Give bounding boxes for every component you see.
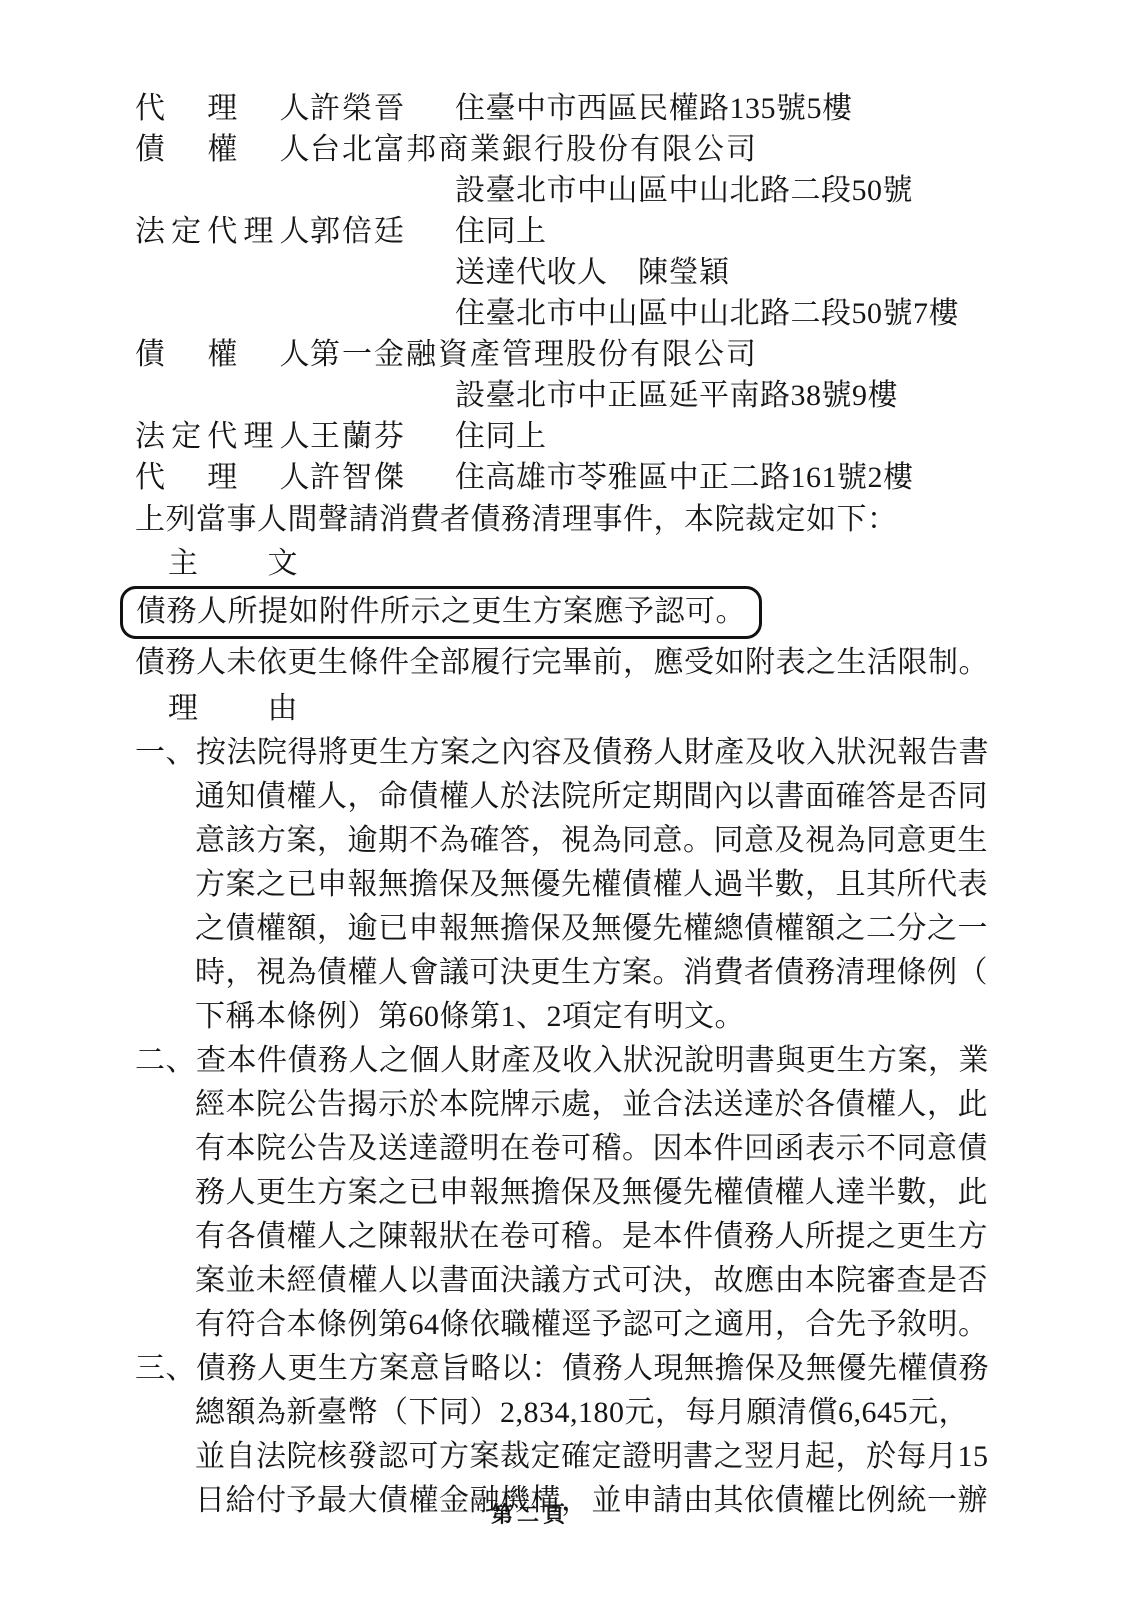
reason-line: 總額為新臺幣（下同）2,834,180元，每月願清償6,645元， [135, 1391, 999, 1435]
party-role-label: 代理人 [135, 457, 310, 498]
party-role-label: 代理人 [135, 88, 310, 129]
reason-line: 意該方案，逾期不為確答，視為同意。同意及視為同意更生 [135, 819, 999, 863]
party-address: 設臺北市中正區延平南路38號9樓 [455, 375, 898, 416]
reason-line: 方案之已申報無擔保及無優先權債權人過半數，且其所代表 [135, 863, 999, 907]
party-name: 王蘭芬 [310, 416, 455, 457]
ruling-highlight-box: 債務人所提如附件所示之更生方案應予認可。 [120, 586, 762, 639]
party-address: 住同上 [455, 416, 547, 457]
party-name: 許智傑 [310, 457, 455, 498]
party-name: 郭倍廷 [310, 211, 455, 252]
ruling-boxed-line: 債務人所提如附件所示之更生方案應予認可。 [136, 595, 746, 628]
reason-line: 通知債權人，命債權人於法院所定期間內以書面確答是否同 [135, 775, 999, 819]
reason-paragraph-1: 一、按法院得將更生方案之內容及債務人財產及收入狀況報告書 通知債權人，命債權人於… [135, 731, 999, 1039]
reason-paragraph-2: 二、查本件債務人之個人財產及收入狀況說明書與更生方案，業 經本院公告揭示於本院牌… [135, 1039, 999, 1347]
reason-line: 下稱本條例）第60條第1、2項定有明文。 [135, 995, 999, 1039]
party-role-label: 法定代理人 [135, 211, 310, 252]
main-text-heading-label: 主文 [168, 542, 298, 586]
reason-line: 有本院公告及送達證明在卷可稽。因本件回函表示不同意債 [135, 1127, 999, 1171]
reason-line: 案並未經債權人以書面決議方式可決，故應由本院審查是否 [135, 1259, 999, 1303]
party-address: 住臺北市中山區中山北路二段50號7樓 [455, 293, 959, 334]
reason-line: 之債權額，逾已申報無擔保及無優先權總債權額之二分之一 [135, 907, 999, 951]
reasons-heading: 理由 [135, 687, 999, 731]
page-number-footer: 第二頁 [0, 1498, 1060, 1529]
party-row: 代理人 許榮晉 住臺中市西區民權路135號5樓 [135, 88, 999, 129]
reason-line: 二、查本件債務人之個人財產及收入狀況說明書與更生方案，業 [135, 1039, 999, 1083]
party-list: 代理人 許榮晉 住臺中市西區民權路135號5樓 債權人 台北富邦商業銀行股份有限… [135, 88, 999, 498]
party-row: 法定代理人 王蘭芬 住同上 [135, 416, 999, 457]
party-address: 設臺北市中山區中山北路二段50號 [455, 170, 913, 211]
party-role-label: 債權人 [135, 334, 310, 375]
reason-line: 務人更生方案之已申報無擔保及無優先權債權人達半數，此 [135, 1171, 999, 1215]
party-address: 送達代收人 陳瑩穎 [455, 252, 730, 293]
case-intro-line: 上列當事人間聲請消費者債務清理事件，本院裁定如下： [135, 498, 999, 542]
party-role-label: 債權人 [135, 129, 310, 170]
reason-line: 三、債務人更生方案意旨略以：債務人現無擔保及無優先權債務 [135, 1347, 999, 1391]
main-text-heading: 主文 [135, 542, 999, 586]
reason-line: 有各債權人之陳報狀在卷可稽。是本件債務人所提之更生方 [135, 1215, 999, 1259]
court-ruling-page: 代理人 許榮晉 住臺中市西區民權路135號5樓 債權人 台北富邦商業銀行股份有限… [0, 0, 1131, 1600]
party-row: 設臺北市中正區延平南路38號9樓 [135, 375, 999, 416]
reason-line: 並自法院核發認可方案裁定確定證明書之翌月起，於每月15 [135, 1435, 999, 1479]
party-address: 住高雄市苓雅區中正二路161號2樓 [455, 457, 914, 498]
reason-line: 時，視為債權人會議可決更生方案。消費者債務清理條例（ [135, 951, 999, 995]
reason-line: 有符合本條例第64條依職權逕予認可之適用，合先予敘明。 [135, 1303, 999, 1347]
reason-paragraph-3: 三、債務人更生方案意旨略以：債務人現無擔保及無優先權債務 總額為新臺幣（下同）2… [135, 1347, 999, 1523]
party-address: 住同上 [455, 211, 547, 252]
party-address: 住臺中市西區民權路135號5樓 [455, 88, 853, 129]
reason-line: 經本院公告揭示於本院牌示處，並合法送達於各債權人，此 [135, 1083, 999, 1127]
reason-line: 一、按法院得將更生方案之內容及債務人財產及收入狀況報告書 [135, 731, 999, 775]
party-row: 住臺北市中山區中山北路二段50號7樓 [135, 293, 999, 334]
party-row: 法定代理人 郭倍廷 住同上 [135, 211, 999, 252]
party-role-label: 法定代理人 [135, 416, 310, 457]
document-body: 代理人 許榮晉 住臺中市西區民權路135號5樓 債權人 台北富邦商業銀行股份有限… [135, 88, 999, 1523]
party-name: 第一金融資產管理股份有限公司 [310, 334, 758, 375]
reasons-heading-label: 理由 [168, 687, 298, 731]
party-row: 債權人 第一金融資產管理股份有限公司 [135, 334, 999, 375]
party-name: 台北富邦商業銀行股份有限公司 [310, 129, 758, 170]
ruling-line-2: 債務人未依更生條件全部履行完畢前，應受如附表之生活限制。 [135, 639, 999, 687]
party-row: 設臺北市中山區中山北路二段50號 [135, 170, 999, 211]
party-row: 代理人 許智傑 住高雄市苓雅區中正二路161號2樓 [135, 457, 999, 498]
party-name: 許榮晉 [310, 88, 455, 129]
party-row: 債權人 台北富邦商業銀行股份有限公司 [135, 129, 999, 170]
party-row: 送達代收人 陳瑩穎 [135, 252, 999, 293]
